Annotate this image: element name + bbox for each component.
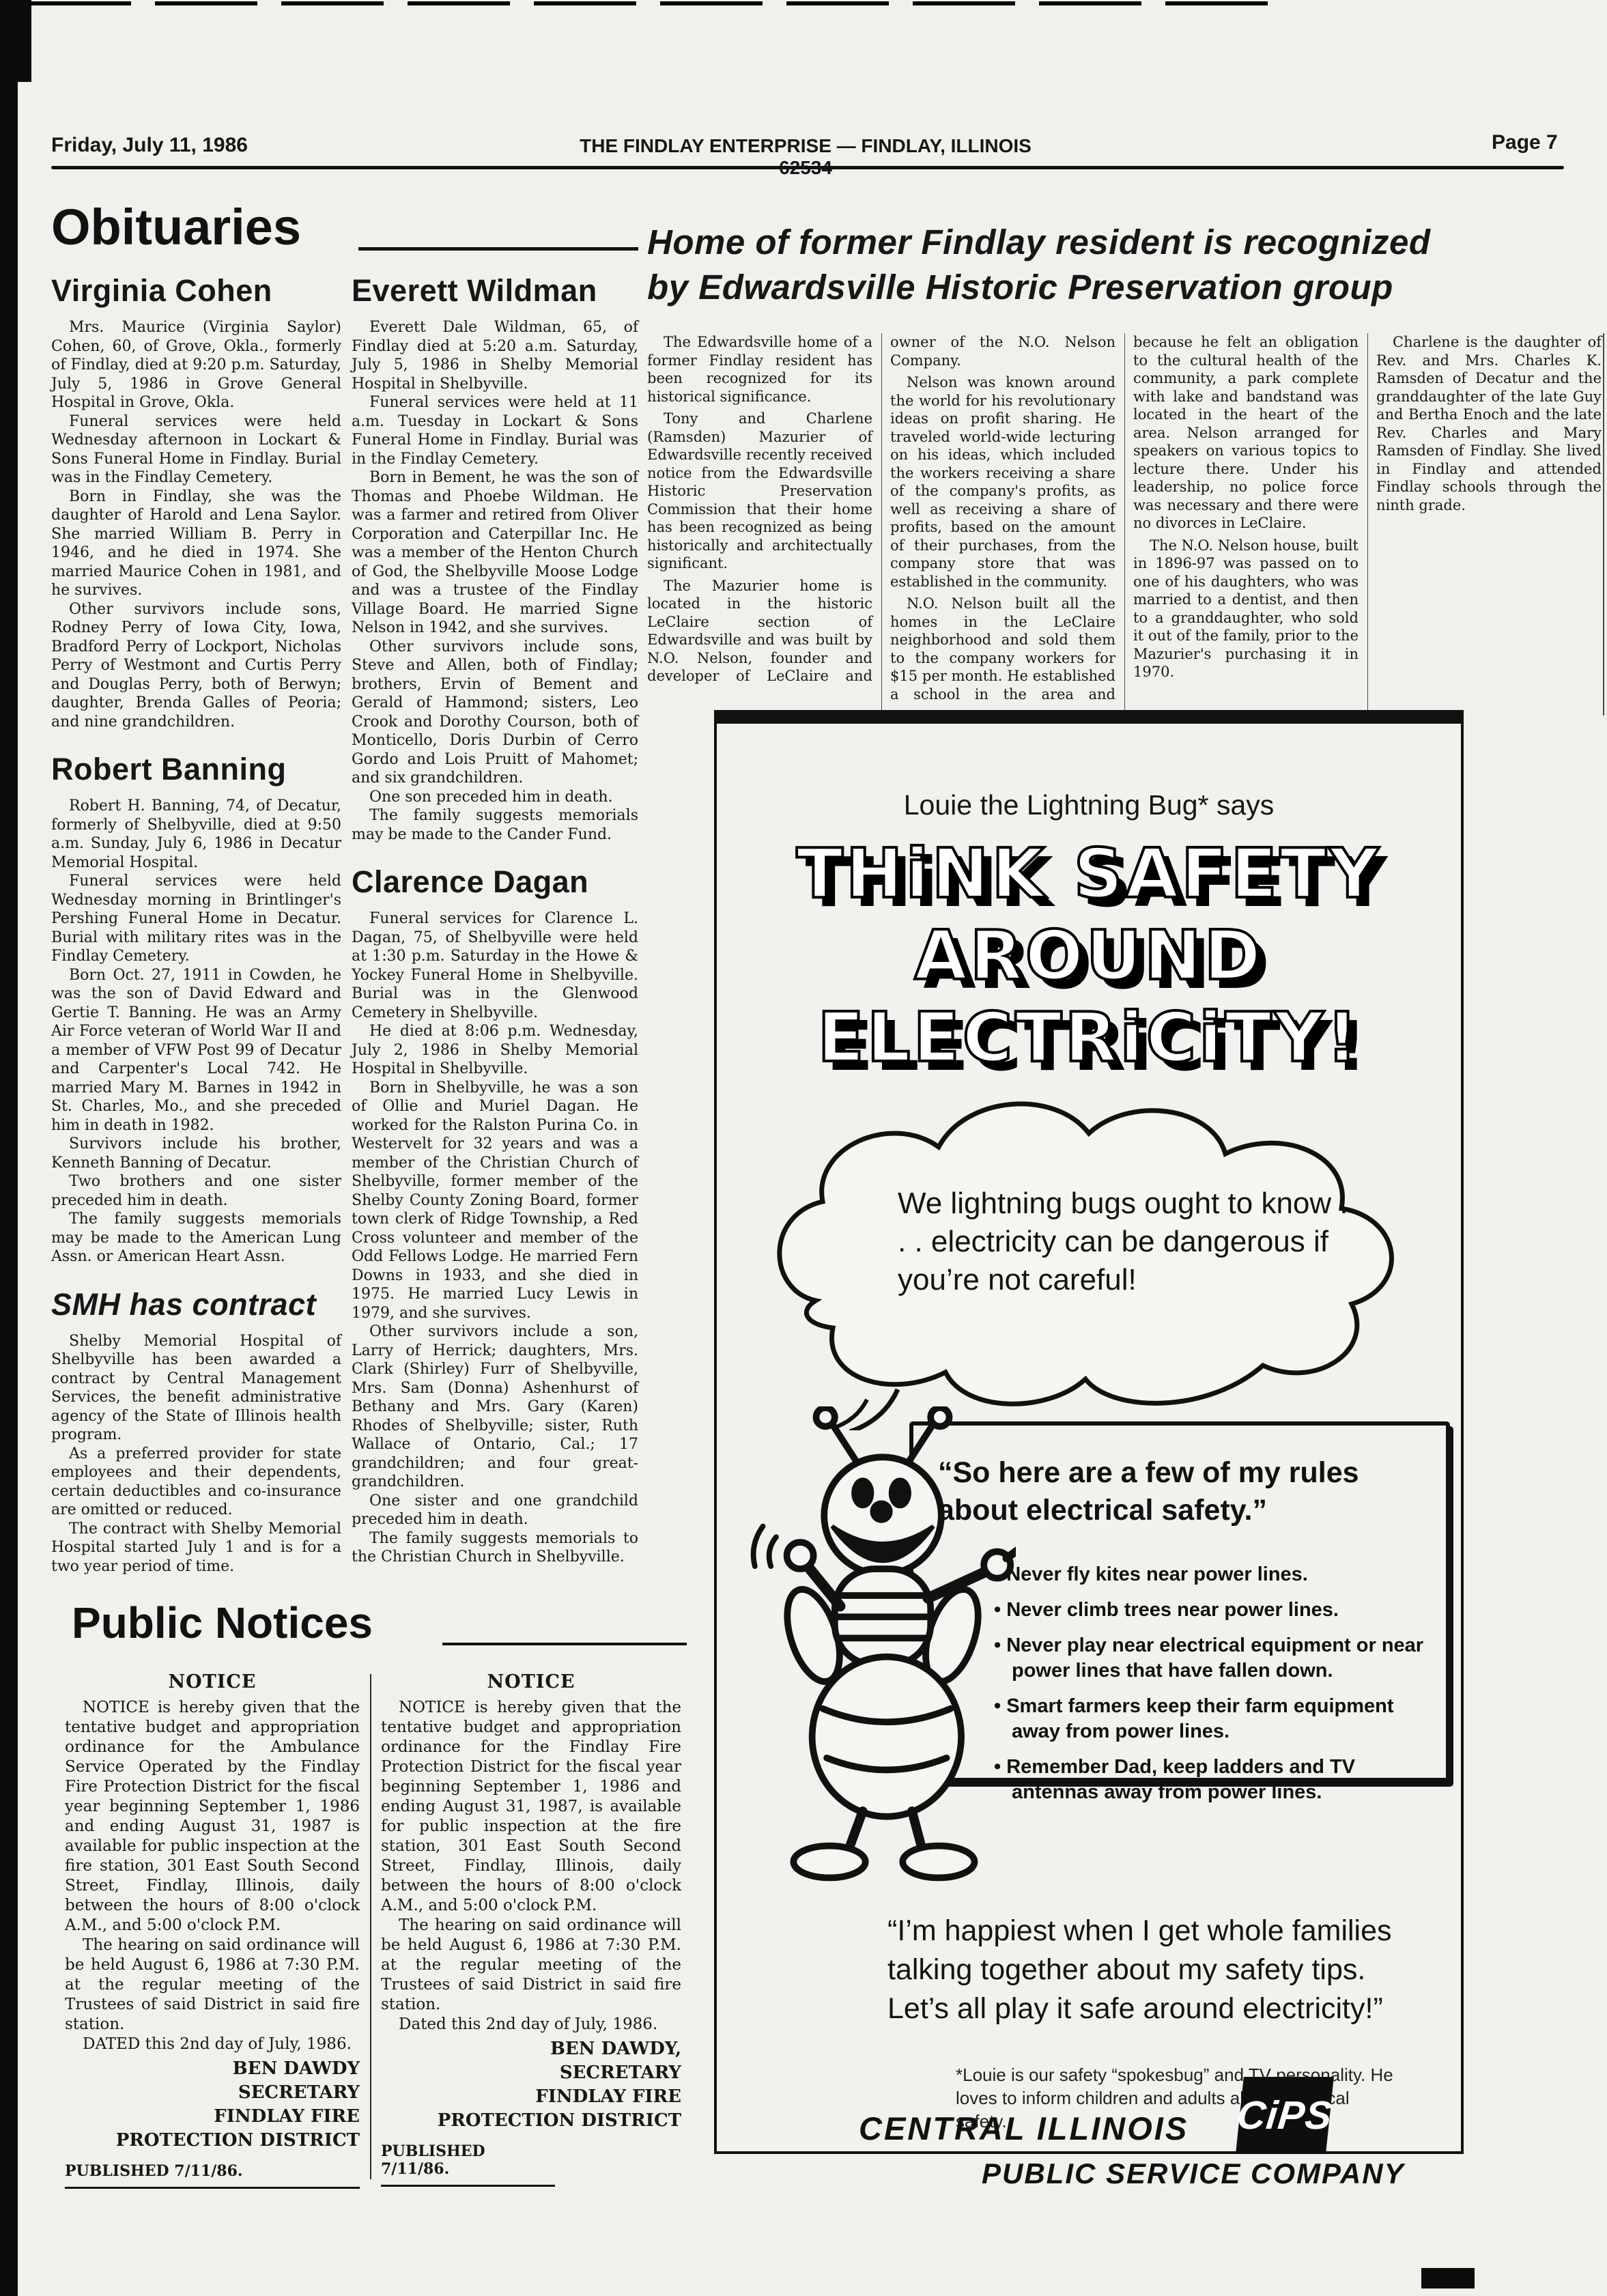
obituary-virginia-cohen: Virginia Cohen Mrs. Maurice (Virginia Sa… [51,273,341,731]
safety-rule: Smart farmers keep their farm equipment … [994,1694,1427,1744]
page-date: Friday, July 11, 1986 [51,134,248,157]
notice-paragraph: The hearing on said ordinance will be he… [381,1916,681,2015]
signature-line: PROTECTION DISTRICT [381,2109,681,2133]
signature-line: BEN DAWDY, [381,2037,681,2061]
story-smh-contract: SMH has contract Shelby Memorial Hospita… [51,1287,341,1576]
safety-rule: Remember Dad, keep ladders and TV antenn… [994,1755,1427,1805]
story-paragraph: Shelby Memorial Hospital of Shelbyville … [51,1332,341,1445]
ad-bubble-headline: THiNK SAFETY AROUND ELECTRiCiTY! [717,833,1461,1079]
obituary-body: Mrs. Maurice (Virginia Saylor) Cohen, 60… [51,318,341,731]
speech-bubble-text: We lightning bugs ought to know . . . el… [898,1185,1348,1299]
cips-logo-mark: CiPS [1236,2077,1334,2153]
louie-lightning-bug-illustration [750,1406,1016,1891]
article-headline-line1: Home of former Findlay resident is recog… [647,220,1603,265]
obituary-column-left: Virginia Cohen Mrs. Maurice (Virginia Sa… [51,273,341,1576]
cips-logo-line1: CENTRAL ILLINOIS [859,2110,1189,2147]
scan-artifact [1421,2268,1475,2288]
notice-paragraph: DATED this 2nd day of July, 1986. [65,2035,360,2054]
obituary-paragraph: Born in Findlay, she was the daughter of… [51,487,341,600]
header-rule [51,166,1564,169]
notice-body: NOTICE is hereby given that the tentativ… [381,1698,681,2035]
ad-kicker: Louie the Lightning Bug* says [717,789,1461,821]
public-notices-rule [442,1643,687,1645]
obituary-paragraph: Robert H. Banning, 74, of Decatur, forme… [51,797,341,872]
cips-logo-line2: PUBLIC SERVICE COMPANY [982,2157,1405,2190]
obituary-paragraph: Funeral services were held Wednesday mor… [51,872,341,966]
obituary-title: Everett Wildman [352,273,638,309]
article-headline-line2: by Edwardsville Historic Preservation gr… [647,265,1603,310]
obituaries-rule [358,247,638,251]
obituary-paragraph: Funeral services were held Wednesday aft… [51,412,341,487]
notice-signature: BEN DAWDYSECRETARYFINDLAY FIREPROTECTION… [65,2057,360,2153]
notice-column-divider [370,1674,371,2179]
obituary-title: Clarence Dagan [352,864,638,900]
article-paragraph: Charlene is the daughter of Rev. and Mrs… [1376,333,1602,514]
obituaries-section-title: Obituaries [51,198,301,256]
signature-line: FINDLAY FIRE [65,2105,360,2129]
obituary-paragraph: Other survivors include sons, Steve and … [352,638,638,788]
article-paragraph: The Edwardsville home of a former Findla… [647,333,872,406]
notice-fire-district: NOTICE NOTICE is hereby given that the t… [381,1671,681,2187]
article-paragraph: Nelson was known around the world for hi… [890,373,1115,591]
scan-edge-corner [0,0,31,82]
signature-line: PROTECTION DISTRICT [65,2129,360,2153]
obituary-body: Everett Dale Wildman, 65, of Findlay die… [352,318,638,844]
newspaper-page: Friday, July 11, 1986 THE FINDLAY ENTERP… [0,0,1607,2296]
signature-line: BEN DAWDY [65,2057,360,2081]
safety-rule: Never fly kites near power lines. [994,1562,1427,1587]
scan-top-edge-line [29,1,1292,5]
signature-line: SECRETARY [65,2081,360,2105]
cips-safety-advertisement: Louie the Lightning Bug* says THiNK SAFE… [714,710,1464,2154]
notice-published: PUBLISHED 7/11/86. [381,2142,555,2187]
notice-title: NOTICE [381,1671,681,1692]
obituary-paragraph: Other survivors include a son, Larry of … [352,1322,638,1492]
obituary-paragraph: The family suggests memorials to the Chr… [352,1529,638,1567]
obituary-paragraph: Mrs. Maurice (Virginia Saylor) Cohen, 60… [51,318,341,412]
notice-paragraph: NOTICE is hereby given that the tentativ… [381,1698,681,1916]
obituary-title: Robert Banning [51,752,341,787]
story-body: Shelby Memorial Hospital of Shelbyville … [51,1332,341,1576]
obituary-paragraph: Everett Dale Wildman, 65, of Findlay die… [352,318,638,393]
obituary-paragraph: Two brothers and one sister preceded him… [51,1172,341,1210]
scan-edge-strip [0,0,18,2296]
article-body: The Edwardsville home of a former Findla… [647,333,1602,720]
notice-ambulance-service: NOTICE NOTICE is hereby given that the t… [65,1671,360,2189]
safety-rules-list: Never fly kites near power lines.Never c… [994,1562,1427,1805]
obituary-paragraph: Born in Shelbyville, he was a son of Oll… [352,1079,638,1323]
obituary-paragraph: Born in Bement, he was the son of Thomas… [352,468,638,638]
ad-quote: “I’m happiest when I get whole families … [887,1912,1393,2028]
obituary-paragraph: One son preceded him in death. [352,788,638,807]
masthead: THE FINDLAY ENTERPRISE — FINDLAY, ILLINO… [560,135,1051,179]
article-paragraph: The N.O. Nelson house, built in 1896-97 … [1133,537,1359,681]
notice-signature: BEN DAWDY,SECRETARYFINDLAY FIREPROTECTIO… [381,2037,681,2133]
notice-paragraph: NOTICE is hereby given that the tentativ… [65,1698,360,1936]
obituary-paragraph: The family suggests memorials may be mad… [51,1210,341,1266]
cips-logo: CENTRAL ILLINOIS CiPS PUBLIC SERVICE COM… [859,2077,1466,2200]
obituary-paragraph: Survivors include his brother, Kenneth B… [51,1135,341,1172]
page-number: Page 7 [1492,131,1558,154]
story-paragraph: The contract with Shelby Memorial Hospit… [51,1520,341,1576]
obituary-paragraph: Born Oct. 27, 1911 in Cowden, he was the… [51,966,341,1135]
obituary-body: Funeral services for Clarence L. Dagan, … [352,909,638,1567]
obituary-paragraph: Funeral services for Clarence L. Dagan, … [352,909,638,1022]
public-notices-section-title: Public Notices [72,1598,373,1648]
safety-rule: Never climb trees near power lines. [994,1598,1427,1623]
notice-body: NOTICE is hereby given that the tentativ… [65,1698,360,2054]
article-headline: Home of former Findlay resident is recog… [647,220,1603,310]
obituary-clarence-dagan: Clarence Dagan Funeral services for Clar… [352,864,638,1567]
obituary-column-right: Everett Wildman Everett Dale Wildman, 65… [352,273,638,1567]
safety-rule: Never play near electrical equipment or … [994,1633,1427,1684]
bubble-line-2: AROUND [717,915,1461,997]
notice-published: PUBLISHED 7/11/86. [65,2162,360,2189]
article-paragraph: Tony and Charlene (Ramsden) Mazurier of … [647,410,872,573]
bubble-line-1: THiNK SAFETY [717,833,1461,915]
notice-paragraph: The hearing on said ordinance will be he… [65,1936,360,2035]
notice-paragraph: Dated this 2nd day of July, 1986. [381,2015,681,2035]
obituary-paragraph: The family suggests memorials may be mad… [352,806,638,844]
signature-line: FINDLAY FIRE [381,2085,681,2109]
obituary-everett-wildman: Everett Wildman Everett Dale Wildman, 65… [352,273,638,844]
article-right-rule [1603,333,1604,715]
bubble-line-3: ELECTRiCiTY! [717,997,1461,1079]
story-paragraph: As a preferred provider for state employ… [51,1445,341,1520]
obituary-paragraph: Other survivors include sons, Rodney Per… [51,600,341,732]
obituary-body: Robert H. Banning, 74, of Decatur, forme… [51,797,341,1266]
obituary-paragraph: He died at 8:06 p.m. Wednesday, July 2, … [352,1022,638,1079]
obituary-robert-banning: Robert Banning Robert H. Banning, 74, of… [51,752,341,1266]
speech-bubble: We lightning bugs ought to know . . . el… [727,1089,1451,1430]
obituary-title: Virginia Cohen [51,273,341,309]
signature-line: SECRETARY [381,2061,681,2085]
obituary-paragraph: Funeral services were held at 11 a.m. Tu… [352,393,638,468]
story-title: SMH has contract [51,1287,341,1322]
obituary-paragraph: One sister and one grandchild preceded h… [352,1492,638,1529]
notice-title: NOTICE [65,1671,360,1692]
